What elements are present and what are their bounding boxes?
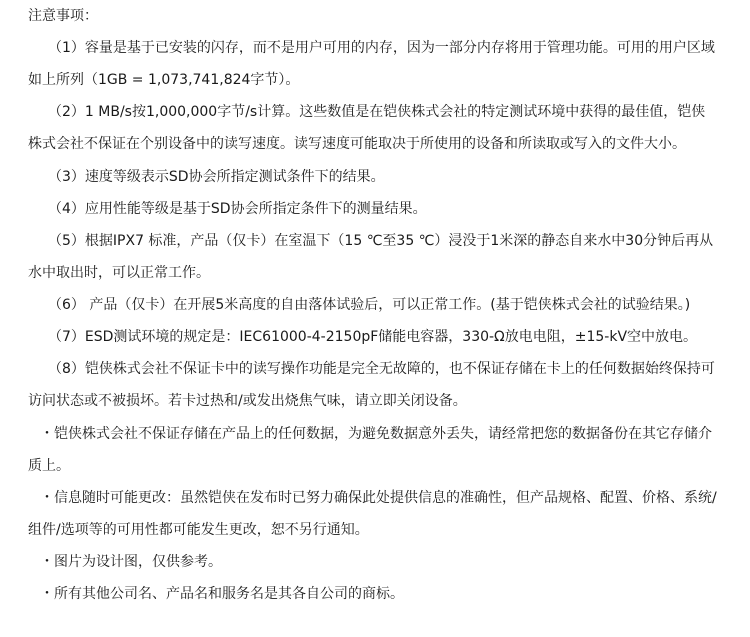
note-6-line-1: （6） 产品（仅卡）在开展5米高度的自由落体试验后，可以正常工作。(基于铠侠株式…: [48, 295, 690, 315]
note-1-line-1: （1）容量是基于已安装的闪存，而不是用户可用的内存，因为一部分内存将用于管理功能…: [48, 38, 715, 58]
note-2-line-2: 株式会社不保证在个别设备中的读写速度。读写速度可能取决于所使用的设备和所读取或写…: [28, 134, 686, 154]
note-5-line-1: （5）根据IPX7 标准，产品（仅卡）在室温下（15 ℃至35 ℃）浸没于1米深…: [48, 231, 713, 251]
notes-document: 注意事项： （1）容量是基于已安装的闪存，而不是用户可用的内存，因为一部分内存将…: [0, 0, 750, 637]
note-1-line-2: 如上所列（1GB = 1,073,741,824字节）。: [28, 70, 299, 90]
bullet-1-line-1: ・铠侠株式会社不保证存储在产品上的任何数据，为避免数据意外丢失，请经常把您的数据…: [40, 424, 712, 444]
bullet-2-line-2: 组件/选项等的可用性都可能发生更改，恕不另行通知。: [28, 520, 369, 540]
bullet-3-line-1: ・图片为设计图，仅供参考。: [40, 552, 222, 572]
note-4-line-1: （4）应用性能等级是基于SD协会所指定条件下的测量结果。: [48, 199, 427, 219]
notes-heading: 注意事项：: [28, 6, 98, 26]
note-5-line-2: 水中取出时，可以正常工作。: [28, 263, 210, 283]
note-8-line-1: （8）铠侠株式会社不保证卡中的读写操作功能是完全无故障的，也不保证存储在卡上的任…: [48, 359, 715, 379]
bullet-4-line-1: ・所有其他公司名、产品名和服务名是其各自公司的商标。: [40, 584, 404, 604]
note-3-line-1: （3）速度等级表示SD协会所指定测试条件下的结果。: [48, 167, 385, 187]
bullet-2-line-1: ・信息随时可能更改：虽然铠侠在发布时已努力确保此处提供信息的准确性，但产品规格、…: [40, 488, 717, 508]
bullet-1-line-2: 质上。: [28, 456, 70, 476]
note-2-line-1: （2）1 MB/s按1,000,000字节/s计算。这些数值是在铠侠株式会社的特…: [48, 102, 705, 122]
note-7-line-1: （7）ESD测试环境的规定是：IEC61000-4-2150pF储能电容器，33…: [48, 327, 697, 347]
note-8-line-2: 访问状态或不被损坏。若卡过热和/或发出烧焦气味，请立即关闭设备。: [28, 391, 467, 411]
